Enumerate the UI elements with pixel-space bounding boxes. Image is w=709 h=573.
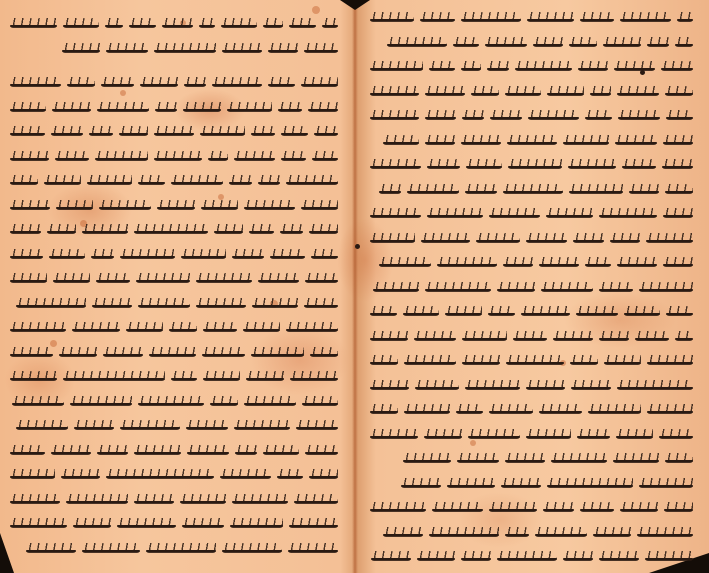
handwritten-word	[210, 403, 238, 405]
handwritten-word	[301, 207, 338, 209]
handwritten-line	[10, 343, 338, 368]
handwritten-word	[258, 182, 280, 184]
handwritten-word	[82, 231, 128, 233]
handwritten-word	[490, 117, 523, 119]
handwritten-word	[461, 68, 481, 70]
handwritten-word	[52, 109, 92, 111]
handwritten-word	[420, 19, 456, 21]
handwritten-word	[462, 117, 484, 119]
header-line	[10, 39, 338, 64]
handwritten-word	[665, 460, 693, 462]
handwritten-word	[445, 313, 481, 315]
handwritten-word	[425, 142, 455, 144]
handwritten-word	[371, 558, 411, 560]
handwritten-word	[635, 338, 668, 340]
handwritten-word	[370, 411, 398, 413]
handwritten-word	[547, 485, 633, 487]
handwritten-line	[10, 416, 338, 441]
handwritten-word	[95, 158, 148, 160]
handwritten-line	[10, 171, 338, 196]
handwritten-line	[10, 245, 338, 270]
handwritten-word	[563, 142, 609, 144]
handwritten-word	[417, 558, 455, 560]
handwritten-word	[379, 264, 431, 266]
handwritten-word	[183, 109, 221, 111]
handwritten-word	[453, 44, 479, 46]
handwritten-word	[370, 362, 398, 364]
handwritten-word	[277, 476, 302, 478]
handwritten-word	[570, 362, 598, 364]
handwritten-word	[288, 550, 338, 552]
handwritten-word	[97, 109, 149, 111]
handwritten-word	[10, 525, 67, 527]
handwritten-line	[10, 294, 338, 319]
handwritten-word	[370, 313, 397, 315]
handwritten-word	[138, 305, 190, 307]
handwritten-word	[212, 84, 262, 86]
handwritten-word	[461, 558, 491, 560]
handwritten-word	[280, 231, 303, 233]
handwritten-word	[666, 313, 693, 315]
handwritten-word	[383, 534, 423, 536]
handwritten-word	[302, 403, 338, 405]
handwritten-word	[617, 93, 658, 95]
handwritten-word	[664, 509, 693, 511]
handwritten-line	[10, 318, 338, 343]
left-page: Left page	[0, 0, 352, 573]
handwritten-word	[305, 280, 338, 282]
handwritten-line	[10, 392, 338, 417]
handwritten-word	[169, 329, 197, 331]
handwritten-word	[10, 280, 47, 282]
handwritten-word	[56, 207, 93, 209]
handwritten-word	[243, 329, 280, 331]
handwritten-word	[10, 329, 66, 331]
handwritten-word	[580, 509, 614, 511]
handwritten-word	[432, 509, 484, 511]
handwritten-word	[119, 133, 148, 135]
handwritten-word	[370, 215, 421, 217]
handwritten-word	[234, 158, 275, 160]
handwritten-word	[10, 133, 45, 135]
handwritten-word	[305, 452, 338, 454]
handwritten-word	[465, 191, 497, 193]
handwritten-word	[618, 117, 660, 119]
handwritten-line	[10, 269, 338, 294]
handwritten-line	[10, 441, 338, 466]
handwritten-word	[526, 387, 565, 389]
handwritten-word	[101, 84, 134, 86]
handwritten-word	[383, 142, 419, 144]
handwritten-word	[310, 354, 338, 356]
handwritten-word	[425, 289, 491, 291]
handwritten-word	[294, 501, 338, 503]
handwritten-word	[73, 525, 111, 527]
handwritten-word	[466, 166, 502, 168]
handwritten-word	[62, 50, 100, 52]
handwritten-word	[546, 215, 593, 217]
handwritten-word	[126, 329, 163, 331]
handwritten-word	[370, 68, 423, 70]
handwritten-word	[485, 44, 527, 46]
handwritten-word	[61, 476, 100, 478]
handwritten-word	[675, 44, 693, 46]
handwritten-word	[281, 158, 307, 160]
handwritten-word	[615, 142, 657, 144]
handwritten-word	[585, 264, 611, 266]
handwritten-word	[489, 215, 540, 217]
handwritten-word	[251, 133, 275, 135]
handwritten-word	[235, 452, 257, 454]
handwritten-word	[154, 158, 202, 160]
handwritten-word	[258, 280, 299, 282]
handwritten-word	[10, 378, 57, 380]
handwritten-word	[155, 109, 177, 111]
handwritten-word	[229, 182, 251, 184]
handwritten-line	[370, 523, 693, 548]
handwritten-word	[199, 25, 215, 27]
handwritten-word	[10, 158, 49, 160]
handwritten-word	[268, 50, 298, 52]
handwritten-line	[370, 106, 693, 131]
handwritten-word	[312, 158, 338, 160]
handwritten-word	[103, 354, 143, 356]
handwritten-word	[568, 166, 615, 168]
handwritten-word	[647, 362, 693, 364]
handwritten-word	[270, 256, 304, 258]
handwritten-word	[507, 142, 557, 144]
handwritten-line	[10, 367, 338, 392]
handwritten-word	[599, 289, 633, 291]
handwritten-word	[403, 460, 451, 462]
handwritten-word	[414, 338, 456, 340]
handwritten-word	[304, 50, 338, 52]
handwritten-word	[487, 68, 509, 70]
handwritten-word	[196, 305, 246, 307]
handwritten-word	[624, 313, 660, 315]
handwritten-word	[675, 338, 693, 340]
handwritten-word	[593, 534, 631, 536]
handwritten-word	[370, 436, 418, 438]
handwritten-word	[251, 354, 304, 356]
handwritten-word	[571, 387, 612, 389]
handwritten-word	[622, 166, 657, 168]
handwritten-word	[263, 452, 299, 454]
handwritten-word	[447, 485, 495, 487]
handwritten-word	[533, 44, 563, 46]
handwritten-word	[488, 313, 515, 315]
handwritten-word	[308, 109, 338, 111]
handwritten-word	[578, 68, 608, 70]
handwritten-word	[106, 476, 214, 478]
handwritten-word	[429, 68, 455, 70]
manuscript-spread: Left page Right page	[0, 0, 709, 573]
handwritten-word	[603, 44, 641, 46]
handwritten-word	[16, 305, 86, 307]
handwritten-word	[10, 231, 41, 233]
handwritten-word	[220, 476, 271, 478]
handwritten-word	[181, 256, 226, 258]
handwritten-word	[526, 436, 571, 438]
handwritten-word	[662, 166, 693, 168]
handwritten-word	[146, 550, 216, 552]
handwritten-line	[370, 327, 693, 352]
header-line	[10, 14, 338, 39]
handwritten-word	[10, 476, 55, 478]
handwritten-word	[461, 19, 520, 21]
handwritten-word	[617, 264, 657, 266]
handwritten-word	[208, 158, 228, 160]
handwritten-word	[246, 378, 283, 380]
handwritten-word	[244, 207, 295, 209]
handwritten-word	[10, 207, 50, 209]
handwritten-word	[232, 256, 265, 258]
handwritten-word	[541, 289, 593, 291]
handwritten-word	[403, 313, 439, 315]
handwritten-word	[401, 485, 441, 487]
handwritten-word	[476, 240, 519, 242]
handwritten-word	[63, 25, 99, 27]
handwritten-word	[91, 256, 115, 258]
handwritten-word	[10, 25, 57, 27]
handwritten-line	[10, 147, 338, 172]
handwritten-word	[553, 338, 593, 340]
handwritten-word	[599, 558, 639, 560]
handwritten-word	[311, 256, 338, 258]
handwritten-word	[370, 19, 414, 21]
handwritten-word	[647, 44, 669, 46]
handwritten-word	[26, 550, 76, 552]
handwritten-word	[138, 182, 166, 184]
handwritten-word	[497, 558, 557, 560]
handwritten-word	[573, 240, 604, 242]
handwritten-word	[506, 362, 563, 364]
handwritten-word	[613, 460, 659, 462]
handwritten-word	[599, 338, 629, 340]
handwritten-word	[521, 313, 570, 315]
handwritten-word	[659, 436, 693, 438]
right-page: Right page	[358, 0, 709, 573]
handwritten-word	[154, 133, 194, 135]
handwritten-word	[134, 501, 174, 503]
handwritten-word	[370, 93, 419, 95]
handwritten-word	[203, 329, 236, 331]
handwritten-word	[539, 411, 581, 413]
handwritten-line	[10, 98, 338, 123]
handwritten-word	[234, 427, 290, 429]
handwritten-line	[370, 229, 693, 254]
handwritten-word	[461, 142, 501, 144]
handwritten-line	[370, 33, 693, 58]
handwritten-word	[140, 84, 179, 86]
handwritten-word	[106, 50, 148, 52]
handwritten-word	[577, 436, 611, 438]
handwritten-line	[370, 498, 693, 523]
handwritten-word	[203, 378, 240, 380]
handwritten-word	[10, 84, 61, 86]
handwritten-word	[301, 84, 338, 86]
handwritten-word	[51, 133, 83, 135]
handwritten-word	[196, 280, 252, 282]
handwritten-word	[661, 68, 693, 70]
handwritten-word	[527, 19, 575, 21]
handwritten-word	[425, 93, 465, 95]
handwritten-word	[154, 50, 216, 52]
handwritten-word	[551, 460, 607, 462]
handwritten-word	[468, 436, 520, 438]
handwritten-word	[268, 84, 296, 86]
handwritten-word	[16, 427, 68, 429]
handwritten-word	[620, 509, 658, 511]
handwritten-word	[72, 329, 120, 331]
handwritten-word	[63, 378, 165, 380]
handwritten-word	[10, 354, 53, 356]
handwritten-line	[370, 302, 693, 327]
handwritten-word	[645, 558, 693, 560]
handwritten-line	[370, 204, 693, 229]
handwritten-word	[252, 305, 298, 307]
handwritten-line	[370, 131, 693, 156]
handwritten-word	[89, 133, 113, 135]
handwritten-line	[10, 490, 338, 515]
handwritten-word	[489, 411, 533, 413]
handwritten-word	[614, 68, 656, 70]
handwritten-word	[617, 387, 693, 389]
handwritten-word	[576, 313, 618, 315]
handwritten-word	[471, 93, 499, 95]
handwritten-word	[182, 525, 224, 527]
handwritten-line	[370, 425, 693, 450]
handwritten-word	[281, 133, 308, 135]
handwritten-word	[10, 452, 45, 454]
handwritten-word	[47, 231, 76, 233]
handwritten-word	[149, 354, 196, 356]
handwritten-word	[663, 215, 693, 217]
handwritten-word	[505, 460, 545, 462]
handwritten-word	[489, 509, 537, 511]
handwritten-word	[134, 231, 207, 233]
handwritten-word	[415, 387, 460, 389]
handwritten-word	[407, 191, 459, 193]
handwritten-word	[222, 550, 282, 552]
handwritten-word	[227, 109, 273, 111]
handwritten-word	[515, 68, 572, 70]
handwritten-word	[97, 452, 128, 454]
handwritten-word	[162, 25, 193, 27]
handwritten-word	[427, 166, 460, 168]
handwritten-word	[665, 93, 693, 95]
handwritten-word	[202, 354, 245, 356]
handwritten-line	[10, 465, 338, 490]
handwritten-word	[588, 411, 641, 413]
handwritten-word	[120, 427, 180, 429]
handwritten-word	[505, 93, 541, 95]
handwritten-word	[580, 19, 614, 21]
handwritten-word	[539, 264, 579, 266]
handwritten-word	[616, 436, 653, 438]
handwritten-line	[370, 449, 693, 474]
handwritten-line	[370, 474, 693, 499]
handwritten-word	[67, 84, 95, 86]
handwritten-word	[87, 182, 132, 184]
handwritten-word	[232, 501, 288, 503]
handwritten-word	[136, 280, 190, 282]
handwritten-word	[105, 25, 123, 27]
handwritten-word	[590, 93, 611, 95]
handwritten-word	[665, 191, 693, 193]
handwritten-word	[620, 19, 671, 21]
handwritten-word	[604, 362, 641, 364]
handwritten-line	[370, 155, 693, 180]
handwritten-word	[263, 25, 283, 27]
handwritten-word	[82, 550, 140, 552]
handwritten-word	[230, 525, 283, 527]
handwritten-word	[309, 231, 338, 233]
handwritten-word	[322, 25, 338, 27]
handwritten-word	[677, 19, 693, 21]
handwritten-word	[456, 411, 484, 413]
handwritten-word	[214, 231, 243, 233]
handwritten-word	[663, 142, 693, 144]
handwritten-word	[427, 215, 483, 217]
handwritten-word	[244, 403, 296, 405]
handwritten-word	[171, 182, 223, 184]
handwritten-word	[314, 133, 338, 135]
handwritten-word	[12, 403, 64, 405]
handwritten-word	[639, 485, 693, 487]
handwritten-word	[289, 25, 316, 27]
handwritten-word	[171, 378, 197, 380]
handwritten-word	[120, 256, 174, 258]
handwritten-word	[526, 240, 567, 242]
handwritten-word	[10, 256, 43, 258]
handwritten-word	[55, 158, 89, 160]
handwritten-word	[404, 362, 456, 364]
handwritten-line	[370, 376, 693, 401]
handwritten-word	[290, 378, 338, 380]
handwritten-word	[96, 280, 129, 282]
handwritten-word	[10, 109, 46, 111]
handwritten-line	[10, 220, 338, 245]
handwritten-word	[99, 207, 150, 209]
handwritten-word	[286, 329, 338, 331]
handwritten-word	[629, 191, 659, 193]
handwritten-word	[53, 280, 90, 282]
handwritten-word	[370, 509, 425, 511]
handwritten-word	[138, 403, 204, 405]
handwritten-word	[379, 191, 401, 193]
handwritten-word	[296, 427, 338, 429]
handwritten-word	[157, 207, 196, 209]
handwritten-word	[505, 534, 529, 536]
handwritten-word	[503, 191, 563, 193]
handwritten-word	[370, 387, 409, 389]
handwritten-line	[370, 278, 693, 303]
handwritten-word	[117, 525, 176, 527]
handwritten-word	[462, 362, 501, 364]
handwritten-line	[370, 547, 693, 572]
handwritten-word	[222, 50, 262, 52]
handwritten-word	[563, 558, 593, 560]
handwritten-word	[10, 501, 60, 503]
handwritten-word	[543, 509, 574, 511]
handwritten-word	[666, 117, 693, 119]
handwritten-word	[429, 534, 499, 536]
handwritten-line	[10, 196, 338, 221]
handwritten-line	[10, 73, 338, 98]
handwritten-word	[639, 289, 693, 291]
handwritten-word	[424, 436, 461, 438]
